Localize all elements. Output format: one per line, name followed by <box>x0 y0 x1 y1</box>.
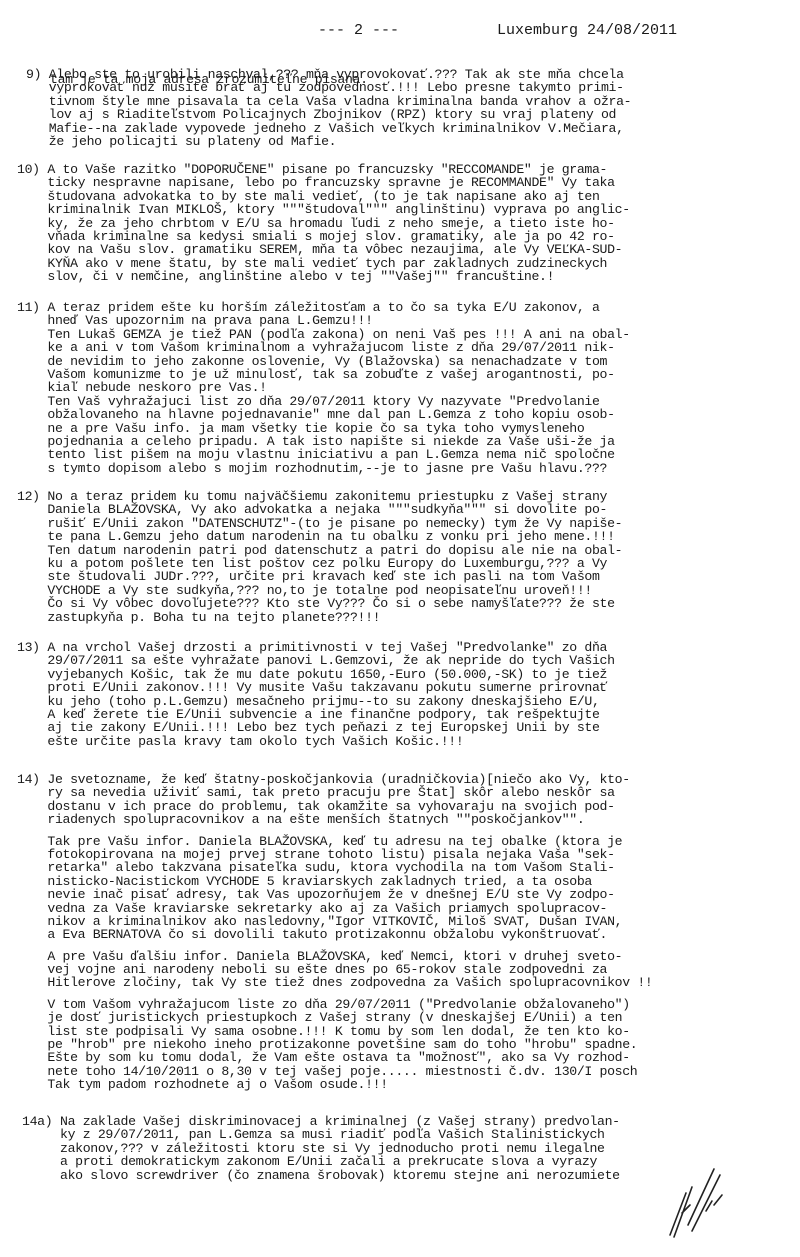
text-line: riadenych spolupracovnikov a na ešte men… <box>47 813 652 826</box>
text-line: nevie inač pisať adresy, tak Vas upozorň… <box>47 888 652 901</box>
text-line: te pana L.Gemzu jeho datum narodenin na … <box>47 530 622 543</box>
document-page: --- 2 --- Luxemburg 24/08/2011 tam je ta… <box>0 0 800 1257</box>
text-line: pojednania a celeho pripadu. A tak isto … <box>47 435 629 448</box>
text-line: Alebo ste to urobili naschval,??? mňa vy… <box>49 68 631 81</box>
text-line: vyjebanych Košic, tak že mu date pokutu … <box>47 668 614 681</box>
text-line: ticky nespravne napisane, lebo po francu… <box>47 176 629 189</box>
text-line: kriminalnik Ivan MIKLOŠ, ktory """študov… <box>47 203 629 216</box>
text-line: tivnom štyle mne pisavala ta cela Vaša v… <box>49 95 631 108</box>
text-line: slov, či v nemčine, anglinštine alebo v … <box>47 270 629 283</box>
paragraph-number: 9) <box>26 68 41 81</box>
text-line: Na zaklade Vašej diskriminovacej a krimi… <box>60 1115 620 1128</box>
text-line: A keď žerete tie E/Unii subvencie a ine … <box>47 708 614 721</box>
text-line: Je svetozname, že keď štatny-poskočjanko… <box>47 773 652 786</box>
text-line: Ten Lukaš GEMZA je tiež PAN (podľa zakon… <box>47 328 629 341</box>
text-line: rušiť E/Unii zakon "DATENSCHUTZ"-(to je … <box>47 517 622 530</box>
text-line: ste študovali JUDr.???, určite pri krava… <box>47 570 622 583</box>
text-line: Tak tym padom rozhodnete aj o Vašom osud… <box>47 1078 652 1091</box>
text-line: ešte určite pasla kravy tam okolo tych V… <box>47 735 614 748</box>
text-line: nikov a kriminalnikov ako nasledovny,"Ig… <box>47 915 652 928</box>
page-header: --- 2 --- Luxemburg 24/08/2011 <box>0 22 800 42</box>
text-line: vňada kriminalne sa kedysi smiali s moje… <box>47 230 629 243</box>
text-line: s tymto dopisom alebo s mojim rozhodnuti… <box>47 462 629 475</box>
text-line: Daniela BLAŽOVSKA, Vy ako advokatka a ne… <box>47 503 622 516</box>
text-line: ry sa nevedia uživiť sami, tak preto pra… <box>47 786 652 799</box>
paragraph-number: 14a) <box>22 1115 52 1128</box>
text-line: A pre Vašu ďalšiu infor. Daniela BLAŽOVS… <box>47 950 652 963</box>
text-line: Tak pre Vašu infor. Daniela BLAŽOVSKA, k… <box>47 835 652 848</box>
text-line: študovana advokatka to by ste mali vedie… <box>47 190 629 203</box>
paragraph-number: 12) <box>17 490 40 503</box>
text-line: vedna za Vaše kraviarske sekretarky ako … <box>47 902 652 915</box>
text-line: ku a potom pošlete ten list poštov cez p… <box>47 557 622 570</box>
text-line: pe "hrob" pre niekoho ineho protizakonne… <box>47 1038 652 1051</box>
text-line: je dosť juristickych priestupkoch z Vaše… <box>47 1011 652 1024</box>
text-line: de nevidim to jeho zakonne oslovenie, Vy… <box>47 355 629 368</box>
text-line: kiaľ nebude neskoro pre Vas.! <box>47 381 629 394</box>
text-line: Čo si Vy vôbec dovoľujete??? Kto ste Vy?… <box>47 597 622 610</box>
text-line: proti E/Unii zakonov.!!! Vy musite Vašu … <box>47 681 614 694</box>
text-line: zakonov,??? v záležitosti ktoru ste si V… <box>60 1142 620 1155</box>
text-line: hneď Vas upozornim na prava pana L.Gemzu… <box>47 314 629 327</box>
text-line: Hitlerove zločiny, tak Vy ste tiež dnes … <box>47 976 652 989</box>
text-line: VYCHODE a Vy ste sudkyňa,??? no,to je to… <box>47 584 622 597</box>
paragraph-number: 11) <box>17 301 40 314</box>
text-line: nete toho 14/10/2011 o 8,30 v tej vašej … <box>47 1065 652 1078</box>
place-date: Luxemburg 24/08/2011 <box>497 22 677 39</box>
text-line: A teraz pridem ešte ku horším záležitosť… <box>47 301 629 314</box>
text-line: dostanu v ich prace do problemu, tak oka… <box>47 800 652 813</box>
text-line: Ten Vaš vyhražajuci list zo dňa 29/07/20… <box>47 395 629 408</box>
text-line: ako slovo screwdriver (čo znamena šrobov… <box>60 1169 620 1182</box>
text-line: kov na Vašu slov. gramatiku SEREM, mňa t… <box>47 243 629 256</box>
text-line: ne a pre Vašu info. ja mam všetky tie ko… <box>47 422 629 435</box>
page-number: --- 2 --- <box>318 22 399 39</box>
text-line: aj tie zakony E/Unii.!!! Lebo bez tych p… <box>47 721 614 734</box>
text-line: ke a ani v tom Vašom kriminalnom a vyhra… <box>47 341 629 354</box>
text-line: lov aj s Riaditeľstvom Policajnych Zbojn… <box>49 108 631 121</box>
text-line: A na vrchol Vašej drzosti a primitivnost… <box>47 641 614 654</box>
text-line: Ešte by som ku tomu dodal, že Vam ešte o… <box>47 1051 652 1064</box>
text-line: fotokopirovana na mojej prvej strane toh… <box>47 848 652 861</box>
text-line: 29/07/2011 sa ešte vyhražate panovi L.Ge… <box>47 654 614 667</box>
text-line: No a teraz pridem ku tomu najväčšiemu za… <box>47 490 622 503</box>
paragraph-number: 10) <box>17 163 40 176</box>
text-line: vyprokovať nuž musite brať aj tu zodpove… <box>49 81 631 94</box>
text-line: retarka" alebo takzvana pisateľka sudu, … <box>47 861 652 874</box>
text-line: list ste podpisali Vy sama osobne.!!! K … <box>47 1025 652 1038</box>
text-line: a proti demokratickym zakonom E/Unii zač… <box>60 1155 620 1168</box>
paragraph-number: 14) <box>17 773 40 786</box>
text-line: ky z 29/07/2011, pan L.Gemza sa musi ria… <box>60 1128 620 1141</box>
text-line: ky, že za jeho chrbtom v E/U sa hromadu … <box>47 217 629 230</box>
text-line: a Eva BERNATOVA čo si dovolili takuto pr… <box>47 928 652 941</box>
text-line: ku jeho (toho p.L.Gemzu) mesačneho prijm… <box>47 695 614 708</box>
paragraph-number: 13) <box>17 641 40 654</box>
text-line: Vašom komunizme to je už minulosť, tak s… <box>47 368 629 381</box>
text-line: obžalovaneho na hlavne pojednavanie" mne… <box>47 408 629 421</box>
signature-icon <box>668 1165 738 1240</box>
text-line: zastupkyňa p. Boha tu na tejto planete??… <box>47 611 622 624</box>
text-line: tento list pišem na moju vlastnu iniciat… <box>47 448 629 461</box>
text-line: KYŇA ako v mene štatu, by ste mali vedie… <box>47 257 629 270</box>
text-line: Mafie--na zaklade vypovede jedneho z Vaš… <box>49 122 631 135</box>
text-line: Ten datum narodenin patri pod datenschut… <box>47 544 622 557</box>
text-line: že jeho policajti su plateny od Mafie. <box>49 135 631 148</box>
text-line: A to Vaše razitko "DOPORUČENE" pisane po… <box>47 163 629 176</box>
text-line: nisticko-Nacistickom VYCHODE 5 kraviarsk… <box>47 875 652 888</box>
text-line: V tom Vašom vyhražajucom liste zo dňa 29… <box>47 998 652 1011</box>
text-line: vej vojne ani narodeny neboli su ešte dn… <box>47 963 652 976</box>
